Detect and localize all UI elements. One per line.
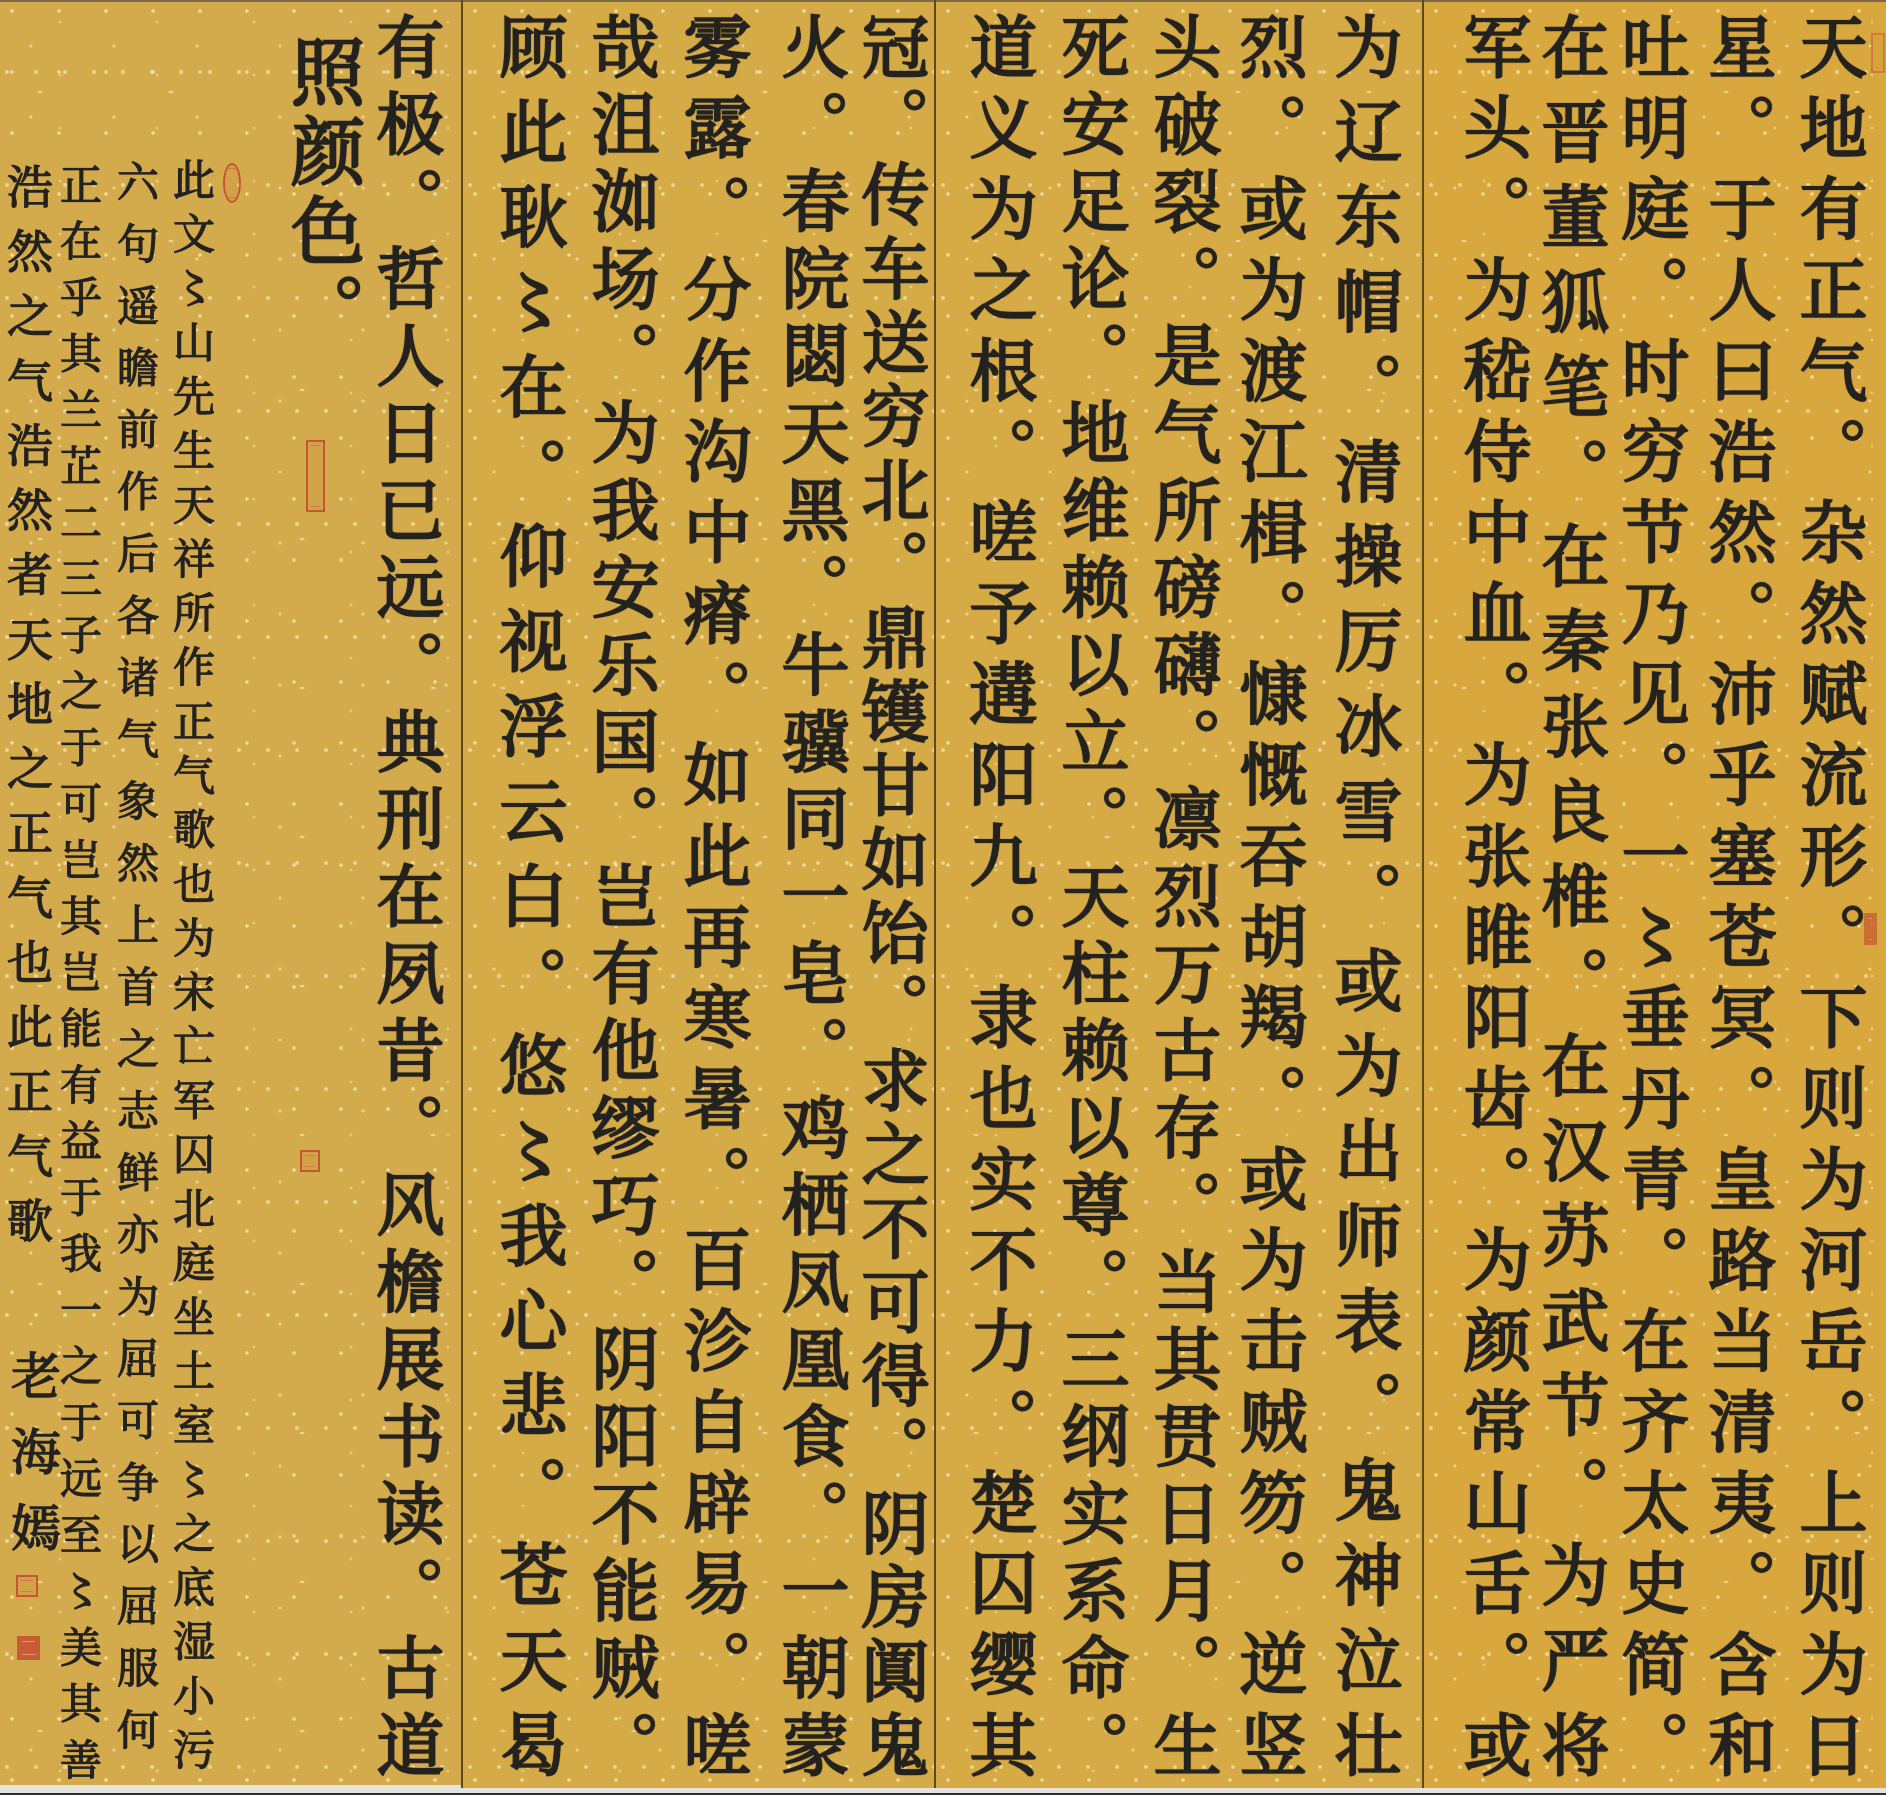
panel-divider [1422, 0, 1424, 1788]
inscription-column: 此文〻山先生天祥所作正气歌也为宋亡军囚北庭坐土室〻之底湿小污 [164, 158, 218, 1770]
small-seal-icon [300, 1150, 320, 1172]
text-column: 哉沮洳场。为我安乐国。岂有他缪巧。阴阳不能贼。 [580, 12, 660, 1778]
text-column: 火。春院閟天黑。牛骥同一皂。鸡栖凤凰食。一朝蒙 [770, 12, 850, 1778]
edge-seal-icon [1864, 913, 1877, 945]
leading-seal-icon [223, 163, 241, 203]
panel-divider [934, 0, 936, 1788]
artist-signature: 老海嫣 [4, 1350, 60, 1552]
text-column: 星。于人曰浩然。沛乎塞苍冥。皇路当清夷。含和 [1697, 12, 1777, 1778]
text-column: 道义为之根。嗟予遘阳九。隶也实不力。楚囚缨其 [958, 12, 1038, 1778]
name-seal-solid-icon [17, 1636, 40, 1660]
text-column: 在晋董狐笔。在秦张良椎。在汉苏武节。为严将 [1530, 12, 1610, 1778]
panel-divider [461, 0, 463, 1788]
calligraphy-artwork: 天地有正气。杂然赋流形。下则为河岳。上则为日 星。于人曰浩然。沛乎塞苍冥。皇路当… [0, 0, 1886, 1795]
inscription-column: 六句遥瞻前作后各诸气象然上首之志鲜亦为屈可争以屈服何 [108, 160, 162, 1750]
text-column: 烈。或为渡江楫。慷慨吞胡羯。或为击贼笏。逆竖 [1228, 12, 1308, 1778]
text-column: 冠。传车送穷北。鼎镬甘如饴。求之不可得。阴房阗鬼 [850, 12, 930, 1778]
text-column-final: 照颜色。 [282, 34, 362, 346]
inscription-column: 浩然之气浩然者天地之正气也此正气歌 [0, 163, 54, 1243]
tall-seal-icon [306, 440, 325, 512]
text-column: 有极。哲人日已远。典刑在夙昔。风檐展书读。古道 [365, 12, 445, 1778]
text-column: 吐明庭。时穷节乃见。一〻垂丹青。在齐太史简。 [1610, 12, 1690, 1778]
name-seal-outline-icon [16, 1575, 38, 1597]
text-column: 头破裂。是气所磅礴。凛烈万古存。当其贯日月。生 [1142, 12, 1222, 1778]
text-column: 天地有正气。杂然赋流形。下则为河岳。上则为日 [1788, 12, 1868, 1778]
text-column: 军头。为嵇侍中血。为张睢阳齿。为颜常山舌。或 [1452, 12, 1532, 1778]
text-column: 为辽东帽。清操厉冰雪。或为出师表。鬼神泣壮 [1323, 12, 1403, 1778]
text-column: 雾露。分作沟中瘠。如此再寒暑。百沴自辟易。嗟 [672, 12, 752, 1778]
corner-seal-icon [1871, 33, 1885, 73]
text-column: 死安足论。地维赖以立。天柱赖以尊。三纲实系命。 [1050, 12, 1130, 1778]
text-column: 顾此耿〻在。仰视浮云白。悠〻我心悲。苍天曷 [488, 12, 568, 1778]
